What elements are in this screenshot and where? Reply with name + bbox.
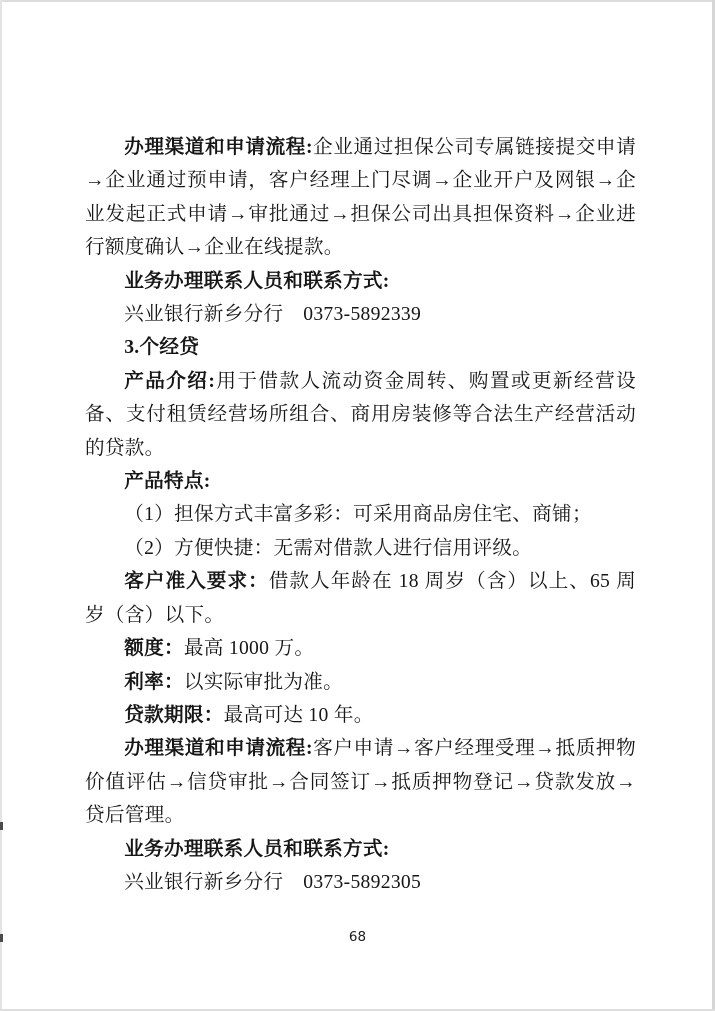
paragraph-product-features-heading: 产品特点:	[85, 465, 636, 498]
paragraph-label: 客户准入要求：	[124, 571, 269, 592]
paragraph-section-title: 3.个经贷	[85, 331, 636, 364]
paragraph-label: 产品介绍:	[124, 371, 215, 392]
paragraph-label: 3.个经贷	[124, 337, 199, 358]
paragraph-label: 利率：	[124, 672, 184, 693]
paragraph-application-process-1: 办理渠道和申请流程:企业通过担保公司专属链接提交申请→企业通过预申请，客户经理上…	[85, 131, 636, 265]
paragraph-text: （1）担保方式丰富多彩：可采用商品房住宅、商铺；	[124, 504, 592, 525]
paragraph-contact-heading-2: 业务办理联系人员和联系方式:	[85, 833, 636, 866]
paragraph-loan-term: 贷款期限：最高可达 10 年。	[85, 699, 636, 732]
paragraph-contact-heading-1: 业务办理联系人员和联系方式:	[85, 265, 636, 298]
paragraph-label: 贷款期限：	[124, 705, 223, 726]
paragraph-text: 以实际审批为准。	[184, 672, 343, 693]
paragraph-contact-info-1: 兴业银行新乡分行 0373-5892339	[85, 298, 636, 331]
paragraph-label: 业务办理联系人员和联系方式:	[124, 839, 389, 860]
paragraph-product-intro: 产品介绍:用于借款人流动资金周转、购置或更新经营设备、支付租赁经营场所组合、商用…	[85, 365, 636, 465]
page-number: 68	[349, 929, 366, 945]
paragraph-label: 业务办理联系人员和联系方式:	[124, 271, 389, 292]
paragraph-feature-1: （1）担保方式丰富多彩：可采用商品房住宅、商铺；	[85, 498, 636, 531]
paragraph-text: 兴业银行新乡分行 0373-5892305	[124, 872, 421, 893]
paragraph-customer-requirements: 客户准入要求：借款人年龄在 18 周岁（含）以上、65 周岁（含）以下。	[85, 565, 636, 632]
paragraph-label: 办理渠道和申请流程:	[124, 137, 313, 158]
paragraph-text: 最高 1000 万。	[184, 638, 314, 659]
scan-artifact	[0, 822, 3, 830]
paragraph-label: 产品特点:	[124, 471, 210, 492]
paragraph-text: 最高可达 10 年。	[224, 705, 374, 726]
page-edge-top	[0, 0, 715, 2]
paragraph-application-process-2: 办理渠道和申请流程:客户申请→客户经理受理→抵质押物价值评估→信贷审批→合同签订…	[85, 732, 636, 832]
paragraph-interest-rate: 利率：以实际审批为准。	[85, 666, 636, 699]
paragraph-label: 办理渠道和申请流程:	[124, 738, 313, 759]
paragraph-label: 额度：	[124, 638, 184, 659]
paragraph-text: 兴业银行新乡分行 0373-5892339	[124, 304, 421, 325]
paragraph-feature-2: （2）方便快捷：无需对借款人进行信用评级。	[85, 532, 636, 565]
page-edge-left	[0, 0, 2, 1011]
paragraph-text: （2）方便快捷：无需对借款人进行信用评级。	[124, 538, 532, 559]
page-footer: 68	[0, 929, 715, 945]
paragraph-contact-info-2: 兴业银行新乡分行 0373-5892305	[85, 866, 636, 899]
document-body: 办理渠道和申请流程:企业通过担保公司专属链接提交申请→企业通过预申请，客户经理上…	[85, 131, 636, 899]
paragraph-amount-limit: 额度：最高 1000 万。	[85, 632, 636, 665]
